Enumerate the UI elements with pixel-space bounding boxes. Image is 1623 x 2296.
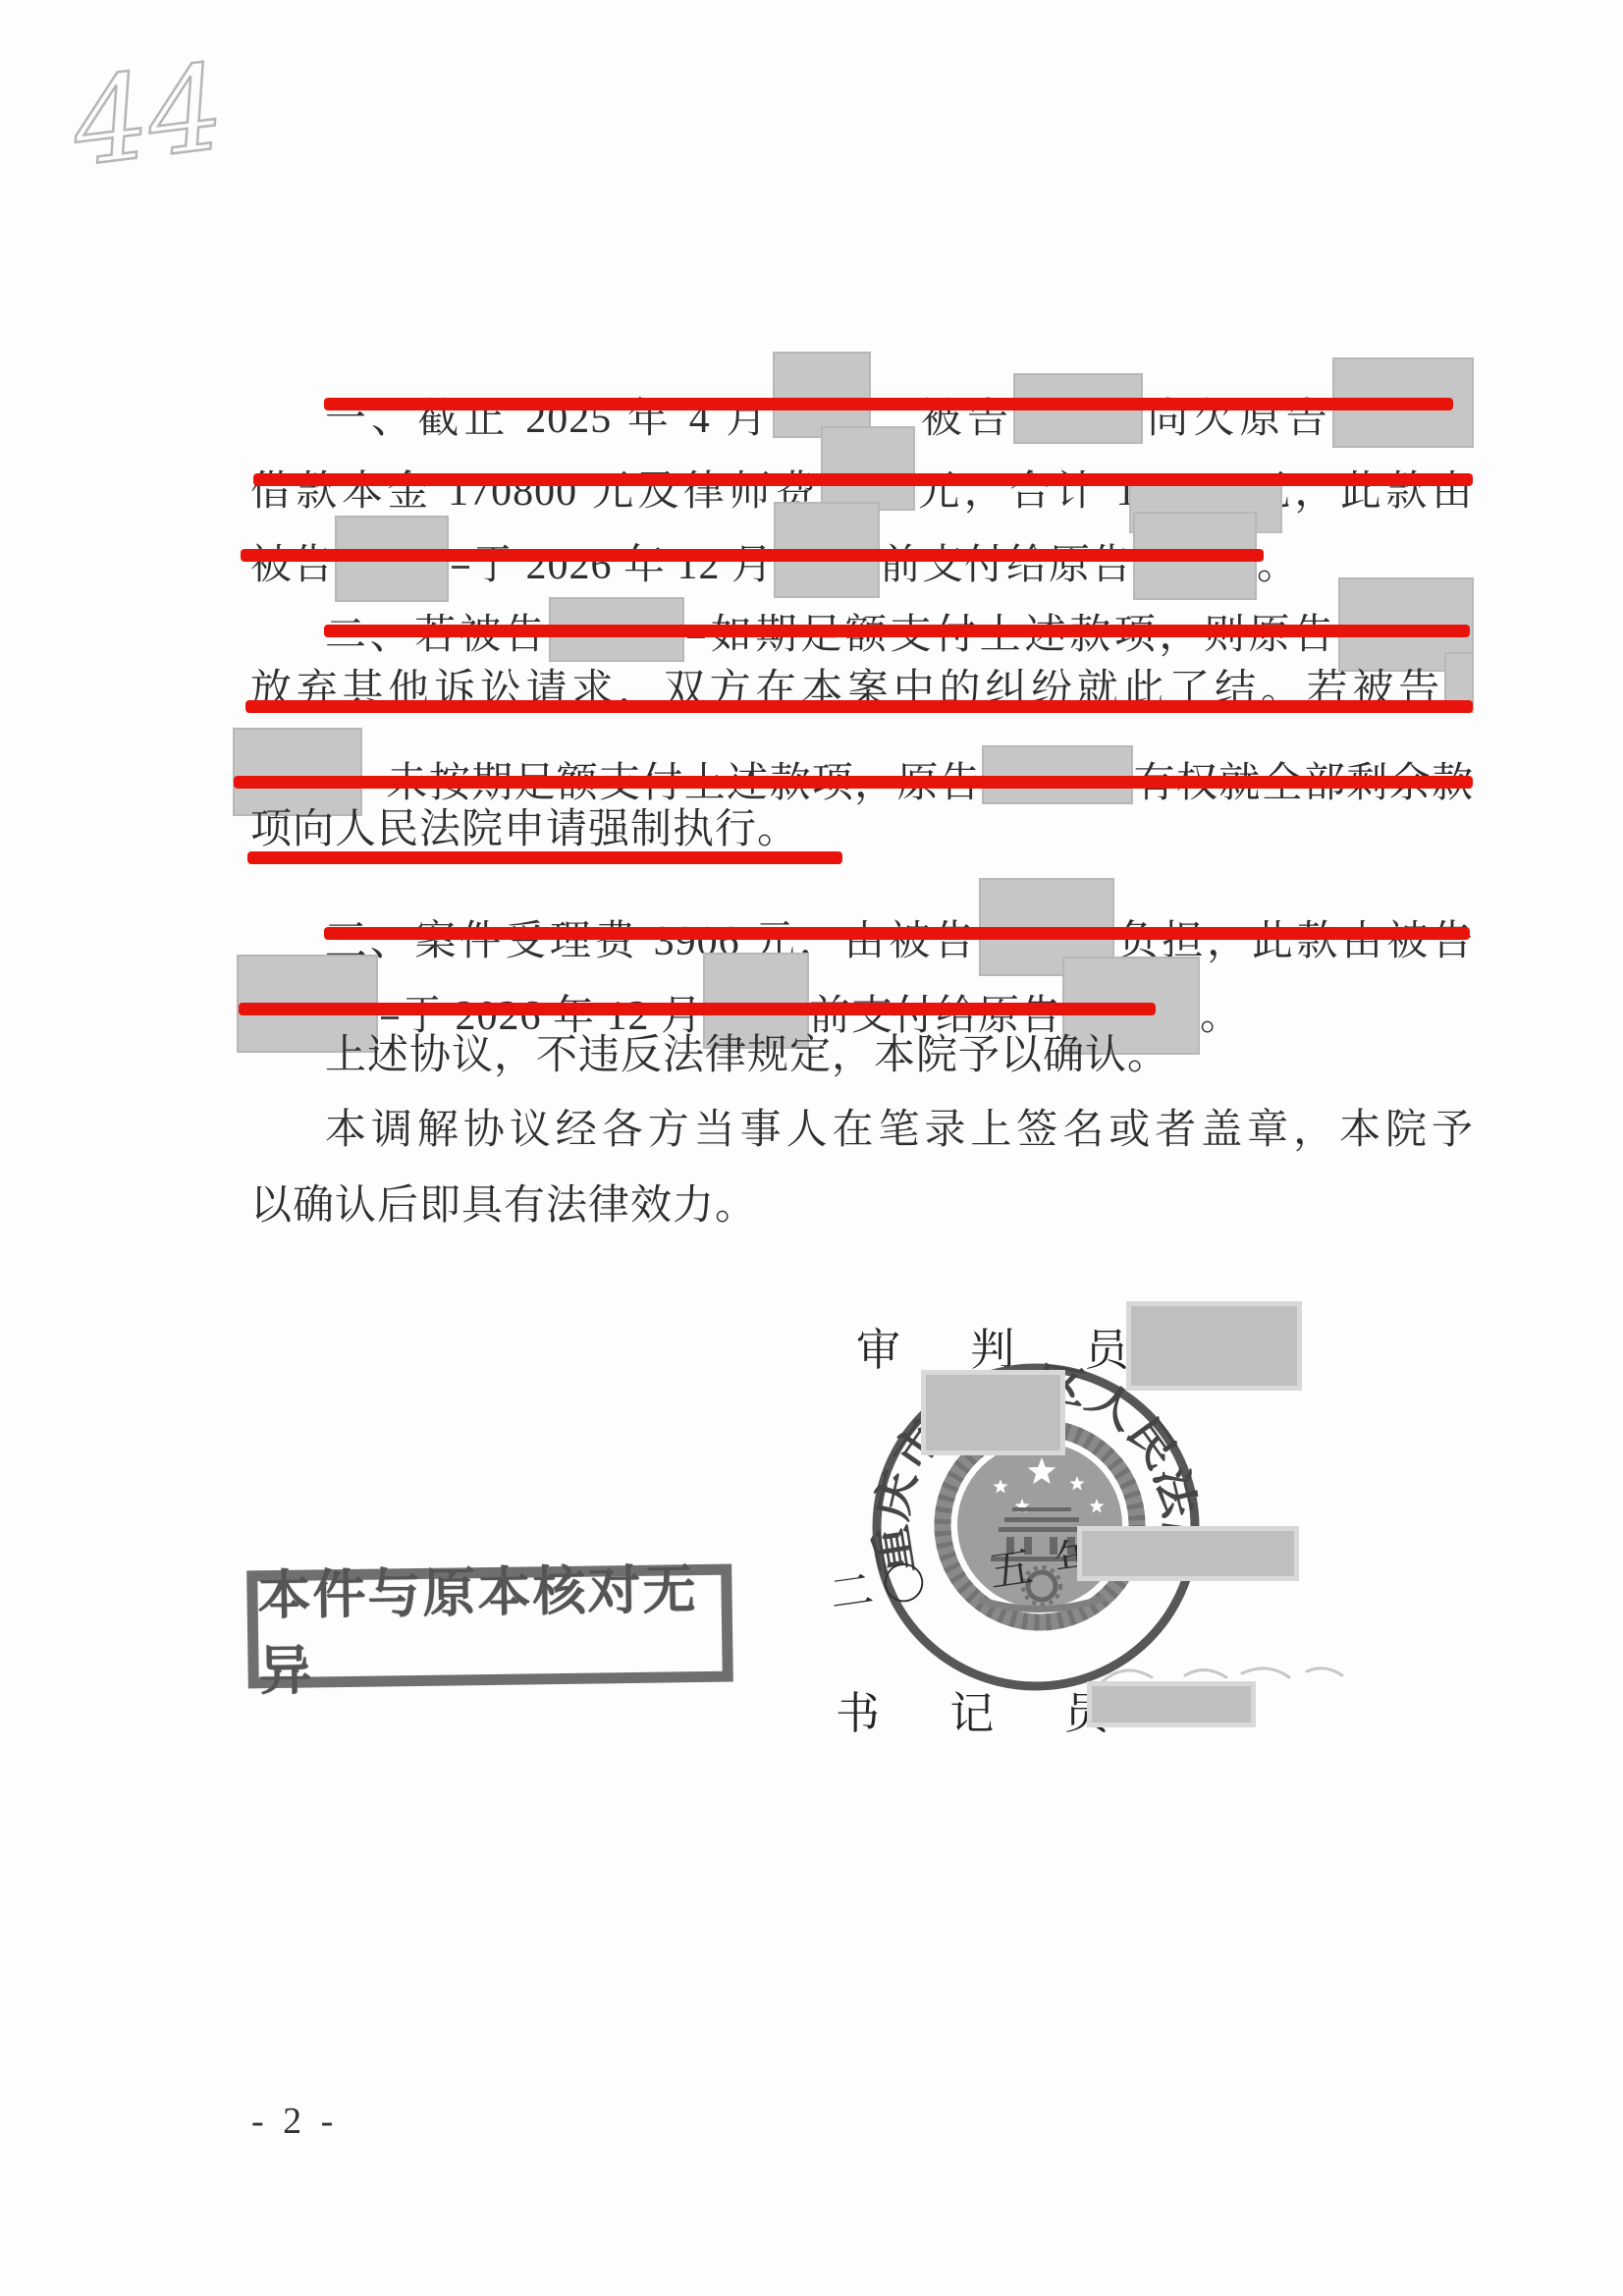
date-gap — [938, 1587, 992, 1595]
red-underline-3 — [241, 549, 1264, 562]
handwritten-page-mark: 44 — [61, 47, 257, 253]
red-underline-4 — [324, 625, 1470, 637]
red-underline-9 — [239, 1003, 1156, 1015]
body-text: 以确认后即具有法律效力。 — [250, 1183, 757, 1229]
verification-stamp: 本件与原本核对无异 — [246, 1564, 733, 1689]
stray-mark — [452, 566, 469, 569]
stamp-text: 本件与原本核对无异 — [257, 1548, 723, 1706]
body-text: 上述协议，不违反法律规定，本院予以确认。 — [325, 1033, 1169, 1078]
date-redaction-box — [1077, 1526, 1299, 1581]
redaction-box — [821, 426, 915, 511]
red-underline-8 — [324, 927, 1470, 940]
red-underline-6 — [234, 776, 1473, 789]
redaction-box — [982, 745, 1133, 804]
body-text: 本调解协议经各方当事人在笔录上签名或者盖章，本院予 — [325, 1108, 1474, 1153]
body-text: 项向人民法院申请强制执行。 — [250, 807, 799, 852]
page-number: - 2 - — [251, 2100, 338, 2143]
redaction-box — [773, 352, 871, 438]
body-line-10: 上述协议，不违反法律规定，本院予以确认。 — [250, 1028, 1474, 1087]
body-line-11: 本调解协议经各方当事人在笔录上签名或者盖章，本院予 — [250, 1103, 1474, 1162]
red-underline-7 — [247, 851, 842, 864]
document-page: { "page": { "handwritten_mark": "44", "p… — [0, 0, 1623, 2296]
seal-area-redaction-box — [921, 1370, 1065, 1455]
clerk-name-redaction-box — [1087, 1681, 1256, 1727]
judge-name-redaction-box — [1126, 1301, 1302, 1391]
red-underline-1 — [324, 398, 1453, 410]
stray-mark — [381, 1016, 399, 1019]
handwritten-number: 44 — [65, 47, 231, 193]
red-underline-5 — [245, 700, 1473, 713]
body-line-12: 以确认后即具有法律效力。 — [250, 1178, 1474, 1237]
red-underline-2 — [253, 473, 1473, 486]
